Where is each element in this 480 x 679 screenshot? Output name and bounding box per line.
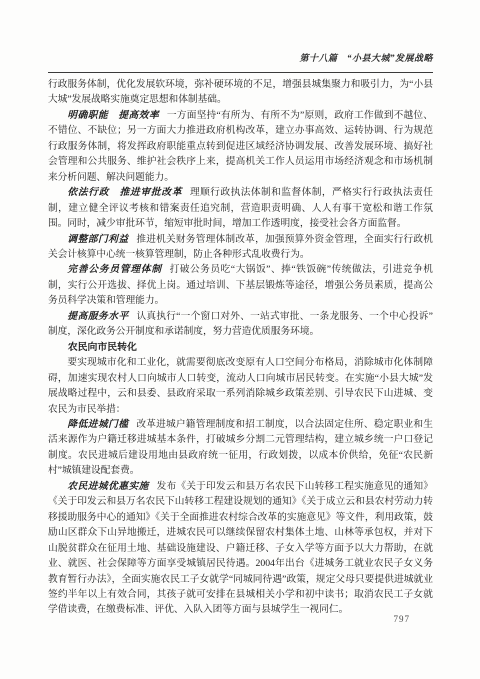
run-in-heading: 提高服务水平: [67, 311, 128, 322]
run-in-heading: 明确职能 提高效率: [67, 110, 159, 121]
paragraph-text: 行政服务体制，优化发展软环境，弥补硬环境的不足，增强县城集聚力和吸引力，为“小县…: [48, 79, 433, 105]
paragraph-continuation: 行政服务体制，优化发展软环境，弥补硬环境的不足，增强县城集聚力和吸引力，为“小县…: [48, 77, 433, 108]
paragraph-text: 发布《关于印发云和县万名农民下山转移工程实施意见的通知》《关于印发云和县万名农民…: [48, 481, 433, 616]
page-number: 797: [48, 614, 410, 624]
run-in-heading: 依法行政 推进审批改革: [67, 187, 182, 198]
paragraph: 调整部门利益推进机关财务管理体制改革，加强预算外资金管理，全面实行行政机关会计核…: [48, 232, 433, 263]
paragraph: 提高服务水平认真执行“一个窗口对外、一站式审批、一条龙服务、一个中心投诉”制度，…: [48, 309, 433, 340]
paragraph: 明确职能 提高效率一方面坚持“有所为、有所不为”原则，政府工作做到不越位、不错位…: [48, 108, 433, 185]
book-page: 第十八篇 “小县大城”发展战略 行政服务体制，优化发展软环境，弥补硬环境的不足，…: [0, 0, 480, 679]
run-in-heading: 降低进城门槛: [67, 419, 128, 430]
header-rule: [48, 72, 433, 73]
paragraph: 要实现城市化和工业化，就需要彻底改变原有人口空间分布格局，消除城市化体制障碍，加…: [48, 355, 433, 417]
run-in-heading: 调整部门利益: [67, 234, 128, 245]
paragraph-text: 要实现城市化和工业化，就需要彻底改变原有人口空间分布格局，消除城市化体制障碍，加…: [48, 357, 433, 414]
running-head: 第十八篇 “小县大城”发展战略: [48, 51, 433, 64]
paragraph: 依法行政 推进审批改革理顺行政执法体制和监督体制，严格实行行政执法责任制，建立健…: [48, 185, 433, 231]
run-in-heading: 农民进城优惠实施: [67, 481, 148, 492]
paragraph: 农民进城优惠实施发布《关于印发云和县万名农民下山转移工程实施意见的通知》《关于印…: [48, 479, 433, 618]
run-in-heading: 完善公务员管理体制: [67, 264, 161, 275]
section-heading: 农民向市民转化: [48, 340, 433, 355]
page-body: 行政服务体制，优化发展软环境，弥补硬环境的不足，增强县城集聚力和吸引力，为“小县…: [48, 77, 433, 618]
paragraph: 降低进城门槛改革进城户籍管理制度和招工制度，以合法固定住所、稳定职业和生活来源作…: [48, 417, 433, 479]
paragraph: 完善公务员管理体制打破公务员吃“大锅饭”、捧“铁饭碗”传统做法，引进竞争机制，实…: [48, 262, 433, 308]
